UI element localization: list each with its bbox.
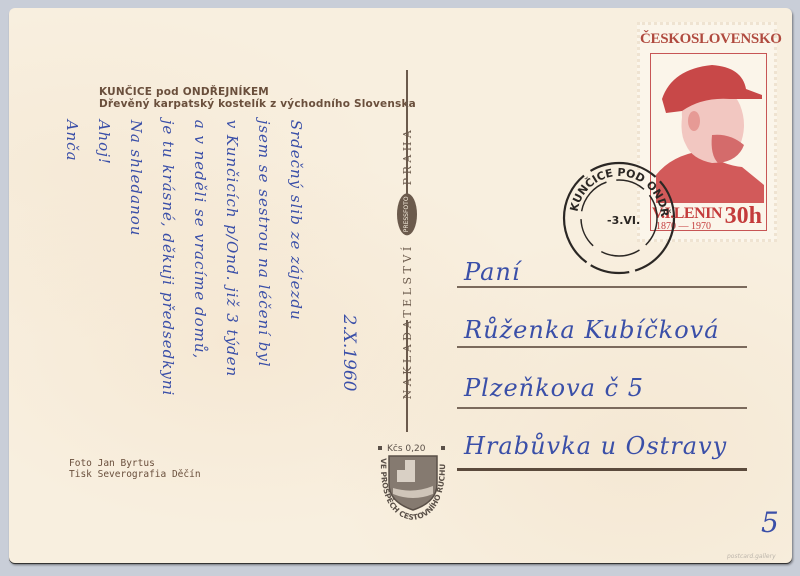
message-line: jsem se sestrou na léčení byl [248,120,280,397]
stamp-value: 30h [725,203,762,230]
message-line: Srdečný slib ze zájezdu [280,120,312,397]
address-recipient: Růženka Kubíčková [464,316,720,344]
handwritten-date: 2.X.1960 [339,315,359,392]
stamp-country: ČESKOSLOVENSKO [640,31,774,48]
message-line: Anča [56,120,88,397]
publisher-city: PRAHA [401,127,414,186]
address-street: Plzeňkova č 5 [464,374,644,402]
caption-subtitle: Dřevěný karpatský kostelík z východního … [99,98,416,110]
address-rule [457,346,747,348]
photo-credit: Foto Jan Byrtus [69,458,201,469]
postmark-date: -3.VI. [607,214,640,227]
print-credit: Tisk Severografia Děčín [69,469,201,480]
message-line: a v neděli se vracíme domů, [184,120,216,397]
watermark: postcard.gallery [727,553,776,560]
corner-number: 5 [761,506,779,539]
address-rule [457,468,747,471]
publisher-imprint: NAKLADATELSTVÍ PRESSFOTO PRAHA [397,127,417,400]
message-line: je tu krásné, děkuji předsedkyni [152,120,184,397]
address-rule [457,407,747,409]
postcard-back: KUNČICE pod ONDŘEJNÍKEM Dřevěný karpatsk… [9,8,792,563]
handwritten-message: Srdečný slib ze zájezdu jsem se sestrou … [56,120,312,397]
address-rule [457,286,747,288]
print-credits: Foto Jan Byrtus Tisk Severografia Děčín [69,458,201,480]
pressfoto-logo: PRESSFOTO [397,193,417,235]
message-line: Na shledanou [120,120,152,397]
message-line: Ahoj! [88,120,120,397]
address-city: Hrabůvka u Ostravy [464,432,727,460]
caption-title: KUNČICE pod ONDŘEJNÍKEM [99,86,416,98]
address-salutation: Paní [464,258,521,286]
caption-block: KUNČICE pod ONDŘEJNÍKEM Dřevěný karpatsk… [99,86,416,110]
tax-price: Kčs 0,20 [387,444,426,454]
tourism-tax-badge: Kčs 0,20 VE PROSPĚCH CESTOVNÍHO RUCHU [375,444,475,524]
postmark-cancellation: KUNČICE POD ONDŘEJNÍKEM -3.VI. [557,156,682,281]
publisher-name: NAKLADATELSTVÍ [401,243,414,399]
message-line: v Kunčicích p/Ond. již 3 týden [216,120,248,397]
